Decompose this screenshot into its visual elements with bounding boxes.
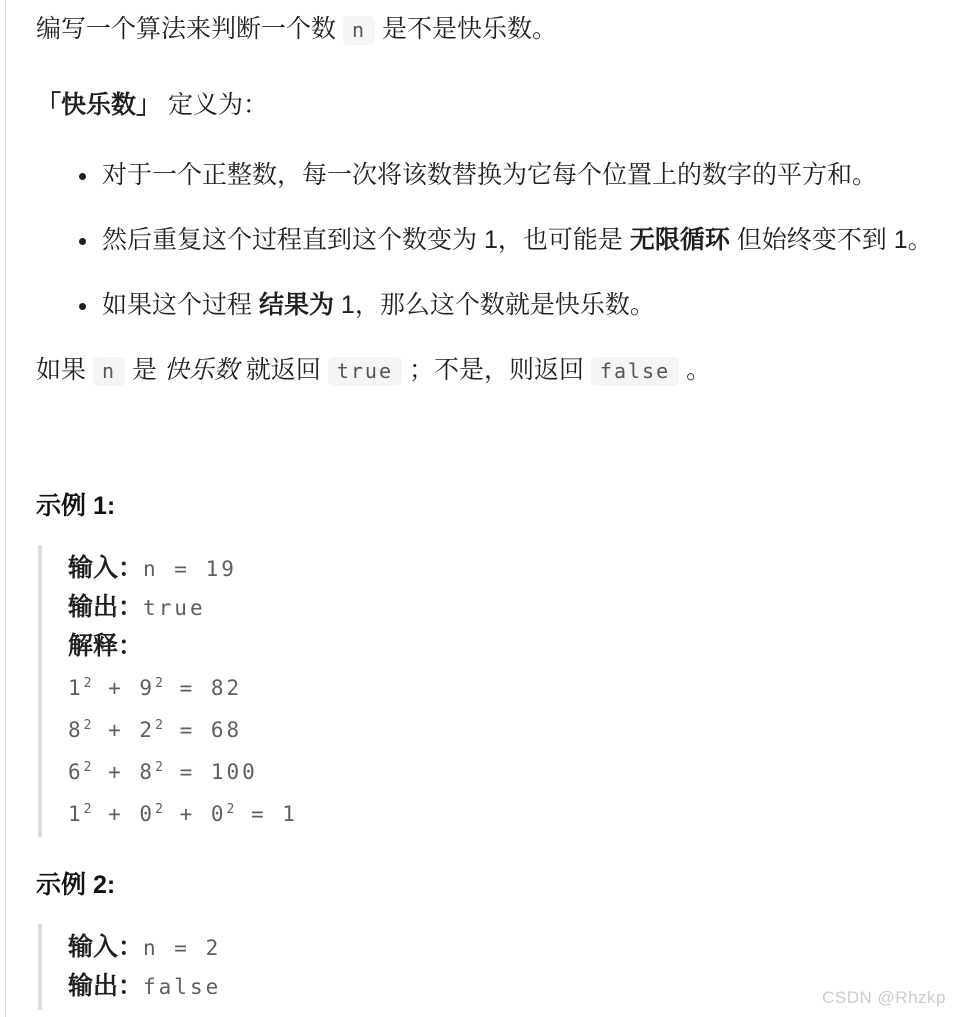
code-line-label: 输出：	[68, 972, 143, 1000]
example-1-block: 输入：n = 19输出：true解释：12 + 92 = 8282 + 22 =…	[38, 545, 944, 837]
superscript: 2	[84, 718, 93, 733]
watermark: CSDN @Rhzkp	[822, 988, 946, 1008]
intro-paragraph: 编写一个算法来判断一个数 n 是不是快乐数。	[36, 14, 944, 45]
text-run: 对于一个正整数，每一次将该数替换为它每个位置上的数字的平方和。	[102, 161, 877, 189]
inline-code: n	[93, 357, 125, 386]
text-run: 。	[679, 356, 711, 384]
bold-text: 无限循环	[630, 226, 730, 254]
code-line: 输出：false	[68, 967, 944, 1006]
code-line: 解释：	[68, 627, 944, 665]
text-run: 但始终变不到 1。	[730, 226, 933, 254]
code-line-text: false	[143, 975, 221, 999]
bold-text: 「快乐数」	[36, 91, 161, 119]
code-line: 62 + 82 = 100	[68, 749, 944, 791]
inline-code: true	[328, 357, 402, 386]
definition-item-1: 对于一个正整数，每一次将该数替换为它每个位置上的数字的平方和。	[100, 160, 944, 190]
text-run: 就返回	[239, 356, 328, 384]
definition-item-3: 如果这个过程 结果为 1，那么这个数就是快乐数。	[100, 290, 944, 320]
example-1-heading: 示例 1:	[36, 491, 944, 521]
code-line: 12 + 02 + 02 = 1	[68, 791, 944, 833]
text-run: 如果这个过程	[102, 291, 259, 319]
return-paragraph: 如果 n 是 快乐数 就返回 true ；不是，则返回 false 。	[36, 355, 944, 386]
definition-item-2: 然后重复这个过程直到这个数变为 1，也可能是 无限循环 但始终变不到 1。	[100, 225, 944, 255]
code-line-label: 输出：	[68, 593, 143, 621]
superscript: 2	[155, 802, 164, 817]
example-2-heading: 示例 2:	[36, 870, 944, 900]
code-line-text: 12 + 92 = 82	[68, 676, 242, 700]
inline-code: false	[591, 357, 679, 386]
code-line-text: 82 + 22 = 68	[68, 718, 242, 742]
panel-border	[5, 0, 6, 1017]
bold-text: 结果为	[259, 291, 334, 319]
code-line-label: 输入：	[68, 554, 143, 582]
example-2-block: 输入：n = 2输出：false	[38, 924, 944, 1010]
superscript: 2	[155, 676, 164, 691]
code-line: 输出：true	[68, 588, 944, 627]
text-run: 是不是快乐数。	[375, 15, 557, 43]
definition-list: 对于一个正整数，每一次将该数替换为它每个位置上的数字的平方和。 然后重复这个过程…	[36, 160, 944, 320]
code-line-text: true	[143, 596, 206, 620]
code-line-text: 62 + 82 = 100	[68, 760, 258, 784]
superscript: 2	[84, 802, 93, 817]
definition-paragraph: 「快乐数」 定义为：	[36, 90, 944, 120]
code-line-label: 输入：	[68, 933, 143, 961]
superscript: 2	[155, 760, 164, 775]
code-line-text: n = 2	[143, 936, 221, 960]
superscript: 2	[84, 760, 93, 775]
text-run: 编写一个算法来判断一个数	[36, 15, 343, 43]
italic-text: 快乐数	[164, 356, 239, 384]
text-run: 是	[125, 356, 164, 384]
inline-code: n	[343, 16, 375, 45]
code-line: 输入：n = 2	[68, 928, 944, 967]
text-run: 然后重复这个过程直到这个数变为 1，也可能是	[102, 226, 630, 254]
superscript: 2	[84, 676, 93, 691]
code-line: 82 + 22 = 68	[68, 707, 944, 749]
code-line-label: 解释：	[68, 632, 143, 660]
text-run: ；不是，则返回	[402, 356, 591, 384]
code-line: 12 + 92 = 82	[68, 665, 944, 707]
text-run: 1，那么这个数就是快乐数。	[334, 291, 655, 319]
superscript: 2	[155, 718, 164, 733]
code-line: 输入：n = 19	[68, 549, 944, 588]
text-run: 如果	[36, 356, 93, 384]
superscript: 2	[227, 802, 236, 817]
code-line-text: n = 19	[143, 557, 237, 581]
code-line-text: 12 + 02 + 02 = 1	[68, 802, 298, 826]
text-run: 定义为：	[161, 91, 268, 119]
problem-description: 编写一个算法来判断一个数 n 是不是快乐数。 「快乐数」 定义为： 对于一个正整…	[0, 0, 954, 1010]
